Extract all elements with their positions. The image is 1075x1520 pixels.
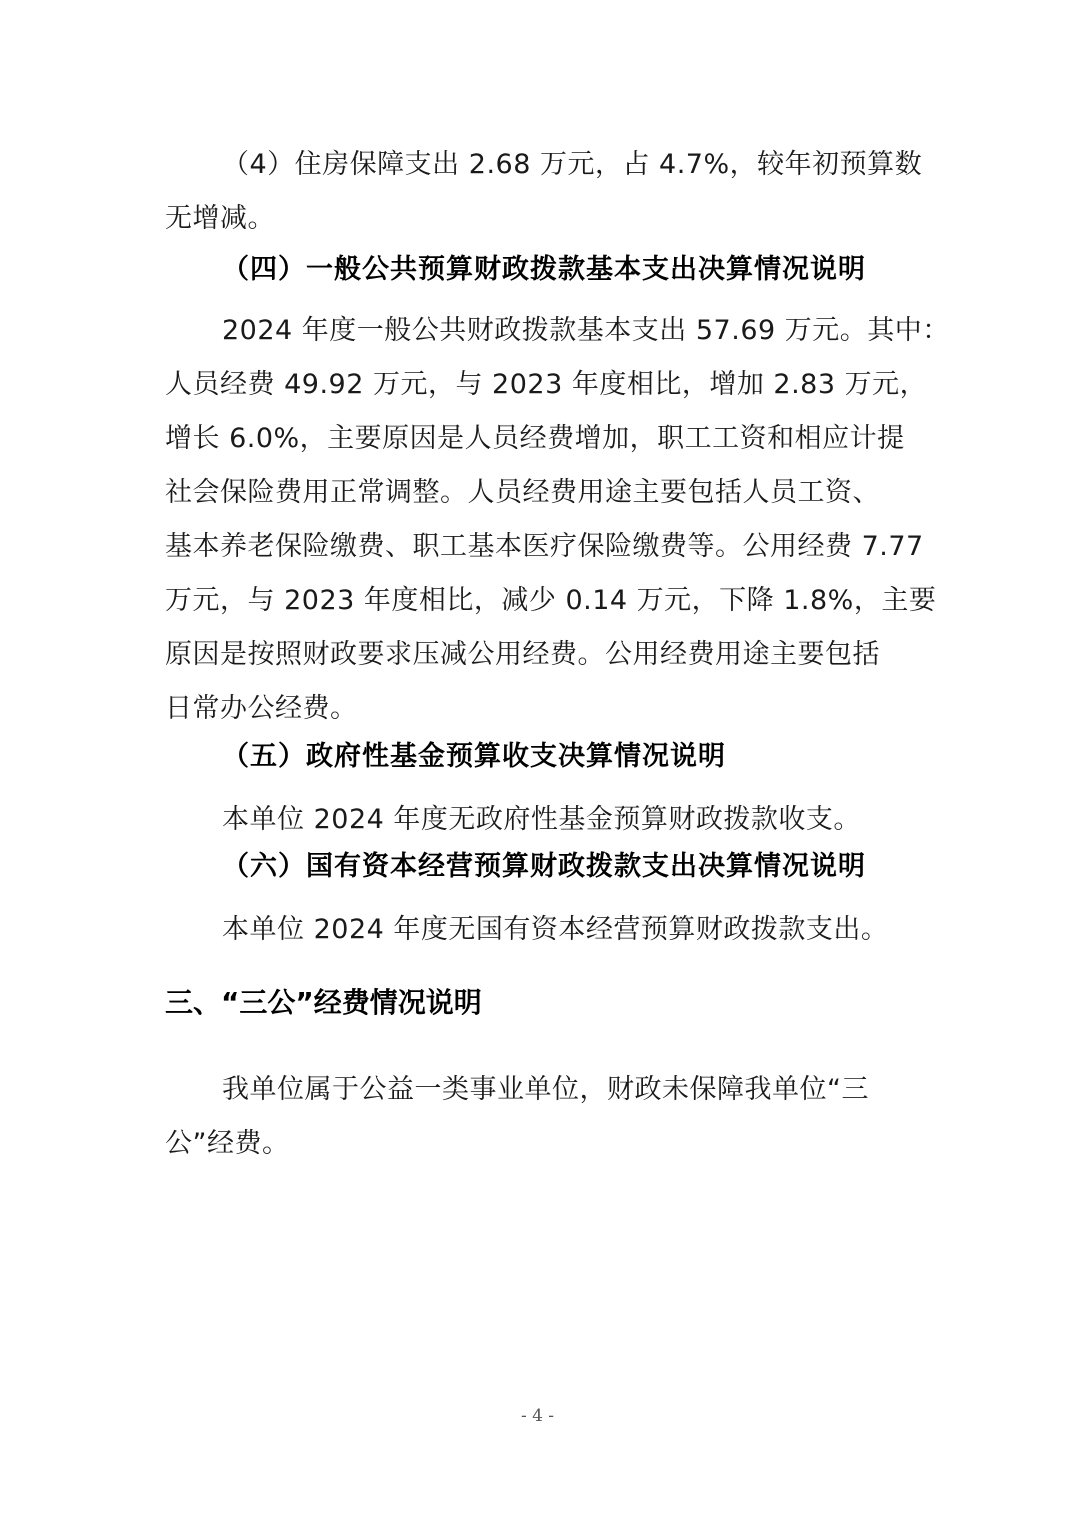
paragraph-three-public-line-1: 我单位属于公益一类事业单位，财政未保障我单位“三 xyxy=(222,1070,869,1110)
paragraph-three-public-line-2: 公”经费。 xyxy=(165,1124,290,1164)
paragraph-basic-expenditure-line-3: 增长 6.0%，主要原因是人员经费增加，职工工资和相应计提 xyxy=(165,419,905,459)
section-heading-4: （四）一般公共预算财政拨款基本支出决算情况说明 xyxy=(222,250,866,290)
page-number: - 4 - xyxy=(0,1406,1075,1426)
paragraph-basic-expenditure-line-4: 社会保险费用正常调整。人员经费用途主要包括人员工资、 xyxy=(165,473,880,513)
section-heading-6: （六）国有资本经营预算财政拨款支出决算情况说明 xyxy=(222,847,866,887)
document-page: （4）住房保障支出 2.68 万元，占 4.7%，较年初预算数 无增减。 （四）… xyxy=(0,0,1075,1520)
paragraph-basic-expenditure-line-2: 人员经费 49.92 万元，与 2023 年度相比，增加 2.83 万元， xyxy=(165,365,927,405)
paragraph-state-capital: 本单位 2024 年度无国有资本经营预算财政拨款支出。 xyxy=(222,910,888,950)
paragraph-government-fund: 本单位 2024 年度无政府性基金预算财政拨款收支。 xyxy=(222,800,861,840)
paragraph-basic-expenditure-line-8: 日常办公经费。 xyxy=(165,689,358,729)
chapter-heading-3: 三、“三公”经费情况说明 xyxy=(165,983,482,1023)
paragraph-housing-line-1: （4）住房保障支出 2.68 万元，占 4.7%，较年初预算数 xyxy=(222,145,922,185)
paragraph-housing-line-2: 无增减。 xyxy=(165,199,275,239)
paragraph-basic-expenditure-line-7: 原因是按照财政要求压减公用经费。公用经费用途主要包括 xyxy=(165,635,880,675)
section-heading-5: （五）政府性基金预算收支决算情况说明 xyxy=(222,737,726,777)
paragraph-basic-expenditure-line-1: 2024 年度一般公共财政拨款基本支出 57.69 万元。其中： xyxy=(222,311,950,351)
paragraph-basic-expenditure-line-5: 基本养老保险缴费、职工基本医疗保险缴费等。公用经费 7.77 xyxy=(165,527,924,567)
paragraph-basic-expenditure-line-6: 万元，与 2023 年度相比，减少 0.14 万元，下降 1.8%，主要 xyxy=(165,581,936,621)
